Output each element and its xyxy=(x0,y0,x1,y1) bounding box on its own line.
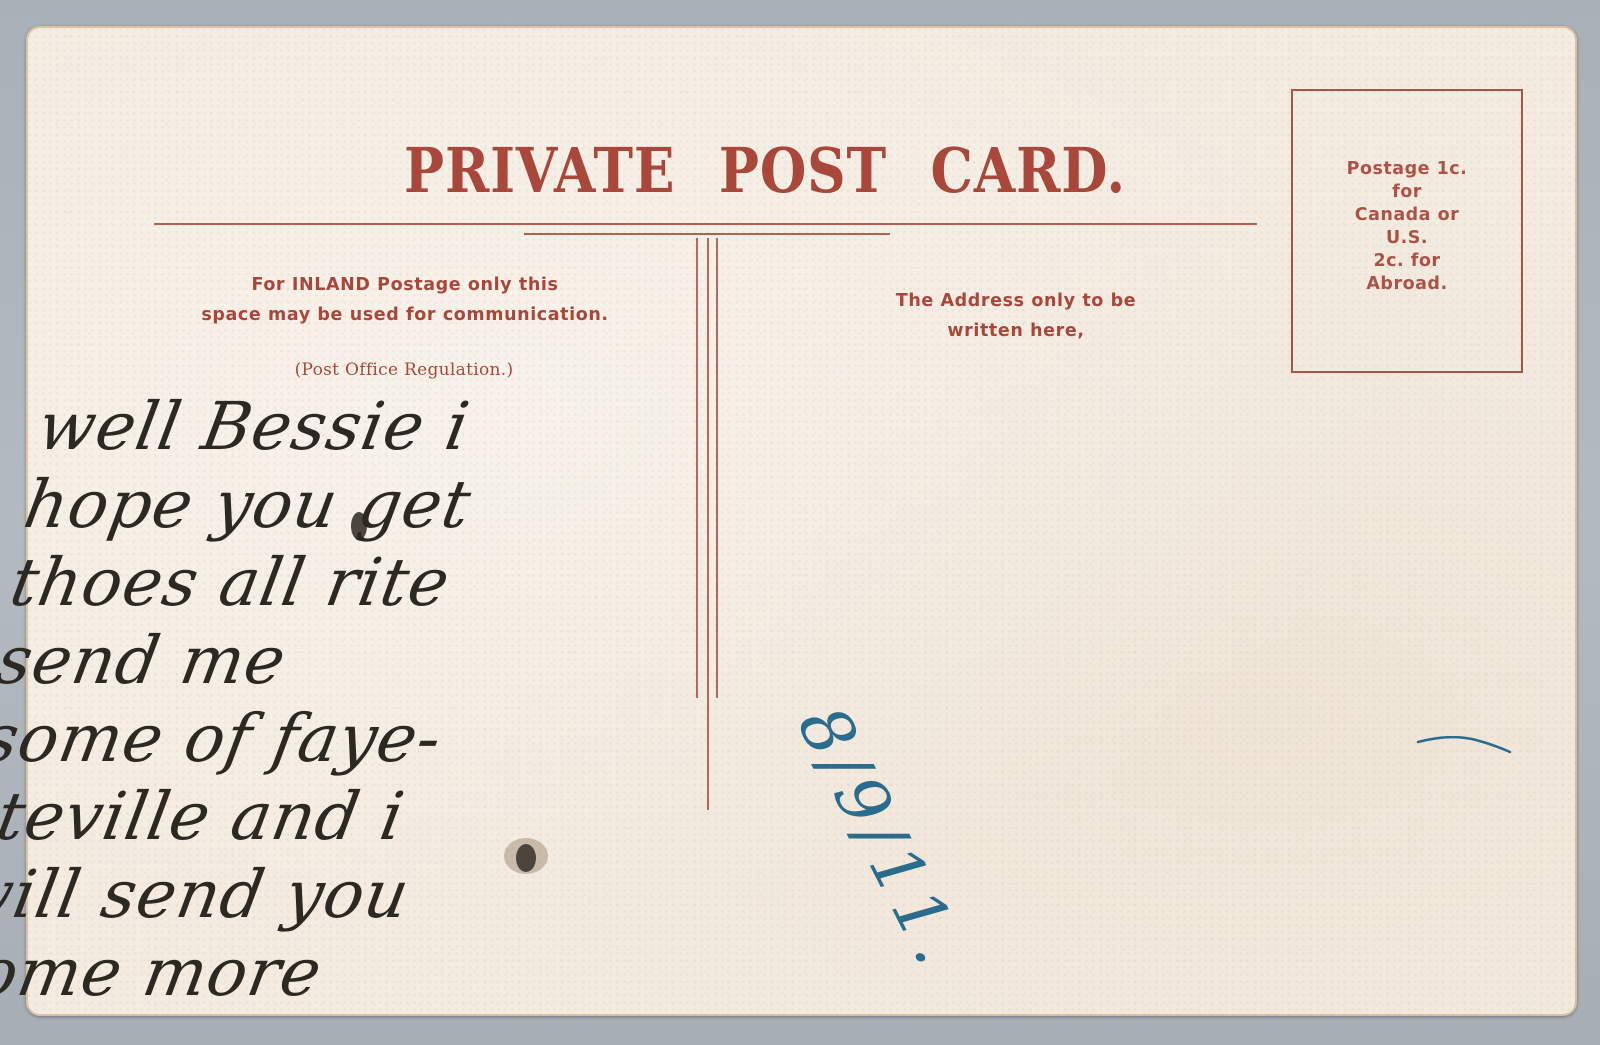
handwritten-line: send me xyxy=(0,622,725,700)
address-instruction-line: written here, xyxy=(846,316,1186,346)
handwritten-line: some more xyxy=(0,934,670,1012)
postage-rates: Postage 1c. for Canada or U.S. 2c. for A… xyxy=(1293,158,1521,296)
postage-line: Abroad. xyxy=(1293,273,1521,296)
pencil-mark-icon xyxy=(1416,736,1512,754)
handwritten-date: 8/9/11. xyxy=(782,694,981,982)
message-instruction-line: For INLAND Postage only this xyxy=(134,270,676,300)
message-instruction-line: space may be used for communication. xyxy=(134,300,676,330)
handwritten-line: tteville and i xyxy=(0,778,697,856)
handwritten-line: will send you xyxy=(0,856,683,934)
handwritten-line: some of faye- xyxy=(0,700,711,778)
top-rule xyxy=(154,223,1257,225)
message-instruction: For INLAND Postage only this space may b… xyxy=(134,270,676,330)
card-title: PRIVATE POST CARD. xyxy=(404,134,972,207)
center-rule xyxy=(524,233,890,235)
postage-line: U.S. xyxy=(1293,227,1521,250)
ink-drop-icon xyxy=(344,506,374,546)
handwritten-message: well Bessie i hope you get thoes all rit… xyxy=(0,388,766,1012)
postage-line: for xyxy=(1293,181,1521,204)
handwritten-line: well Bessie i xyxy=(32,388,766,466)
postage-line: 2c. for xyxy=(1293,250,1521,273)
postage-line: Canada or xyxy=(1293,204,1521,227)
address-instruction-line: The Address only to be xyxy=(846,286,1186,316)
stamp-box: Postage 1c. for Canada or U.S. 2c. for A… xyxy=(1291,89,1523,373)
handwritten-line: thoes all rite xyxy=(5,544,739,622)
handwritten-line: hope you get xyxy=(18,466,752,544)
post-office-regulation: (Post Office Regulation.) xyxy=(244,360,564,380)
postage-line: Postage 1c. xyxy=(1293,158,1521,181)
address-instruction: The Address only to be written here, xyxy=(846,286,1186,346)
ink-stain-icon xyxy=(496,826,556,886)
postcard-back: PRIVATE POST CARD. For INLAND Postage on… xyxy=(26,26,1577,1016)
